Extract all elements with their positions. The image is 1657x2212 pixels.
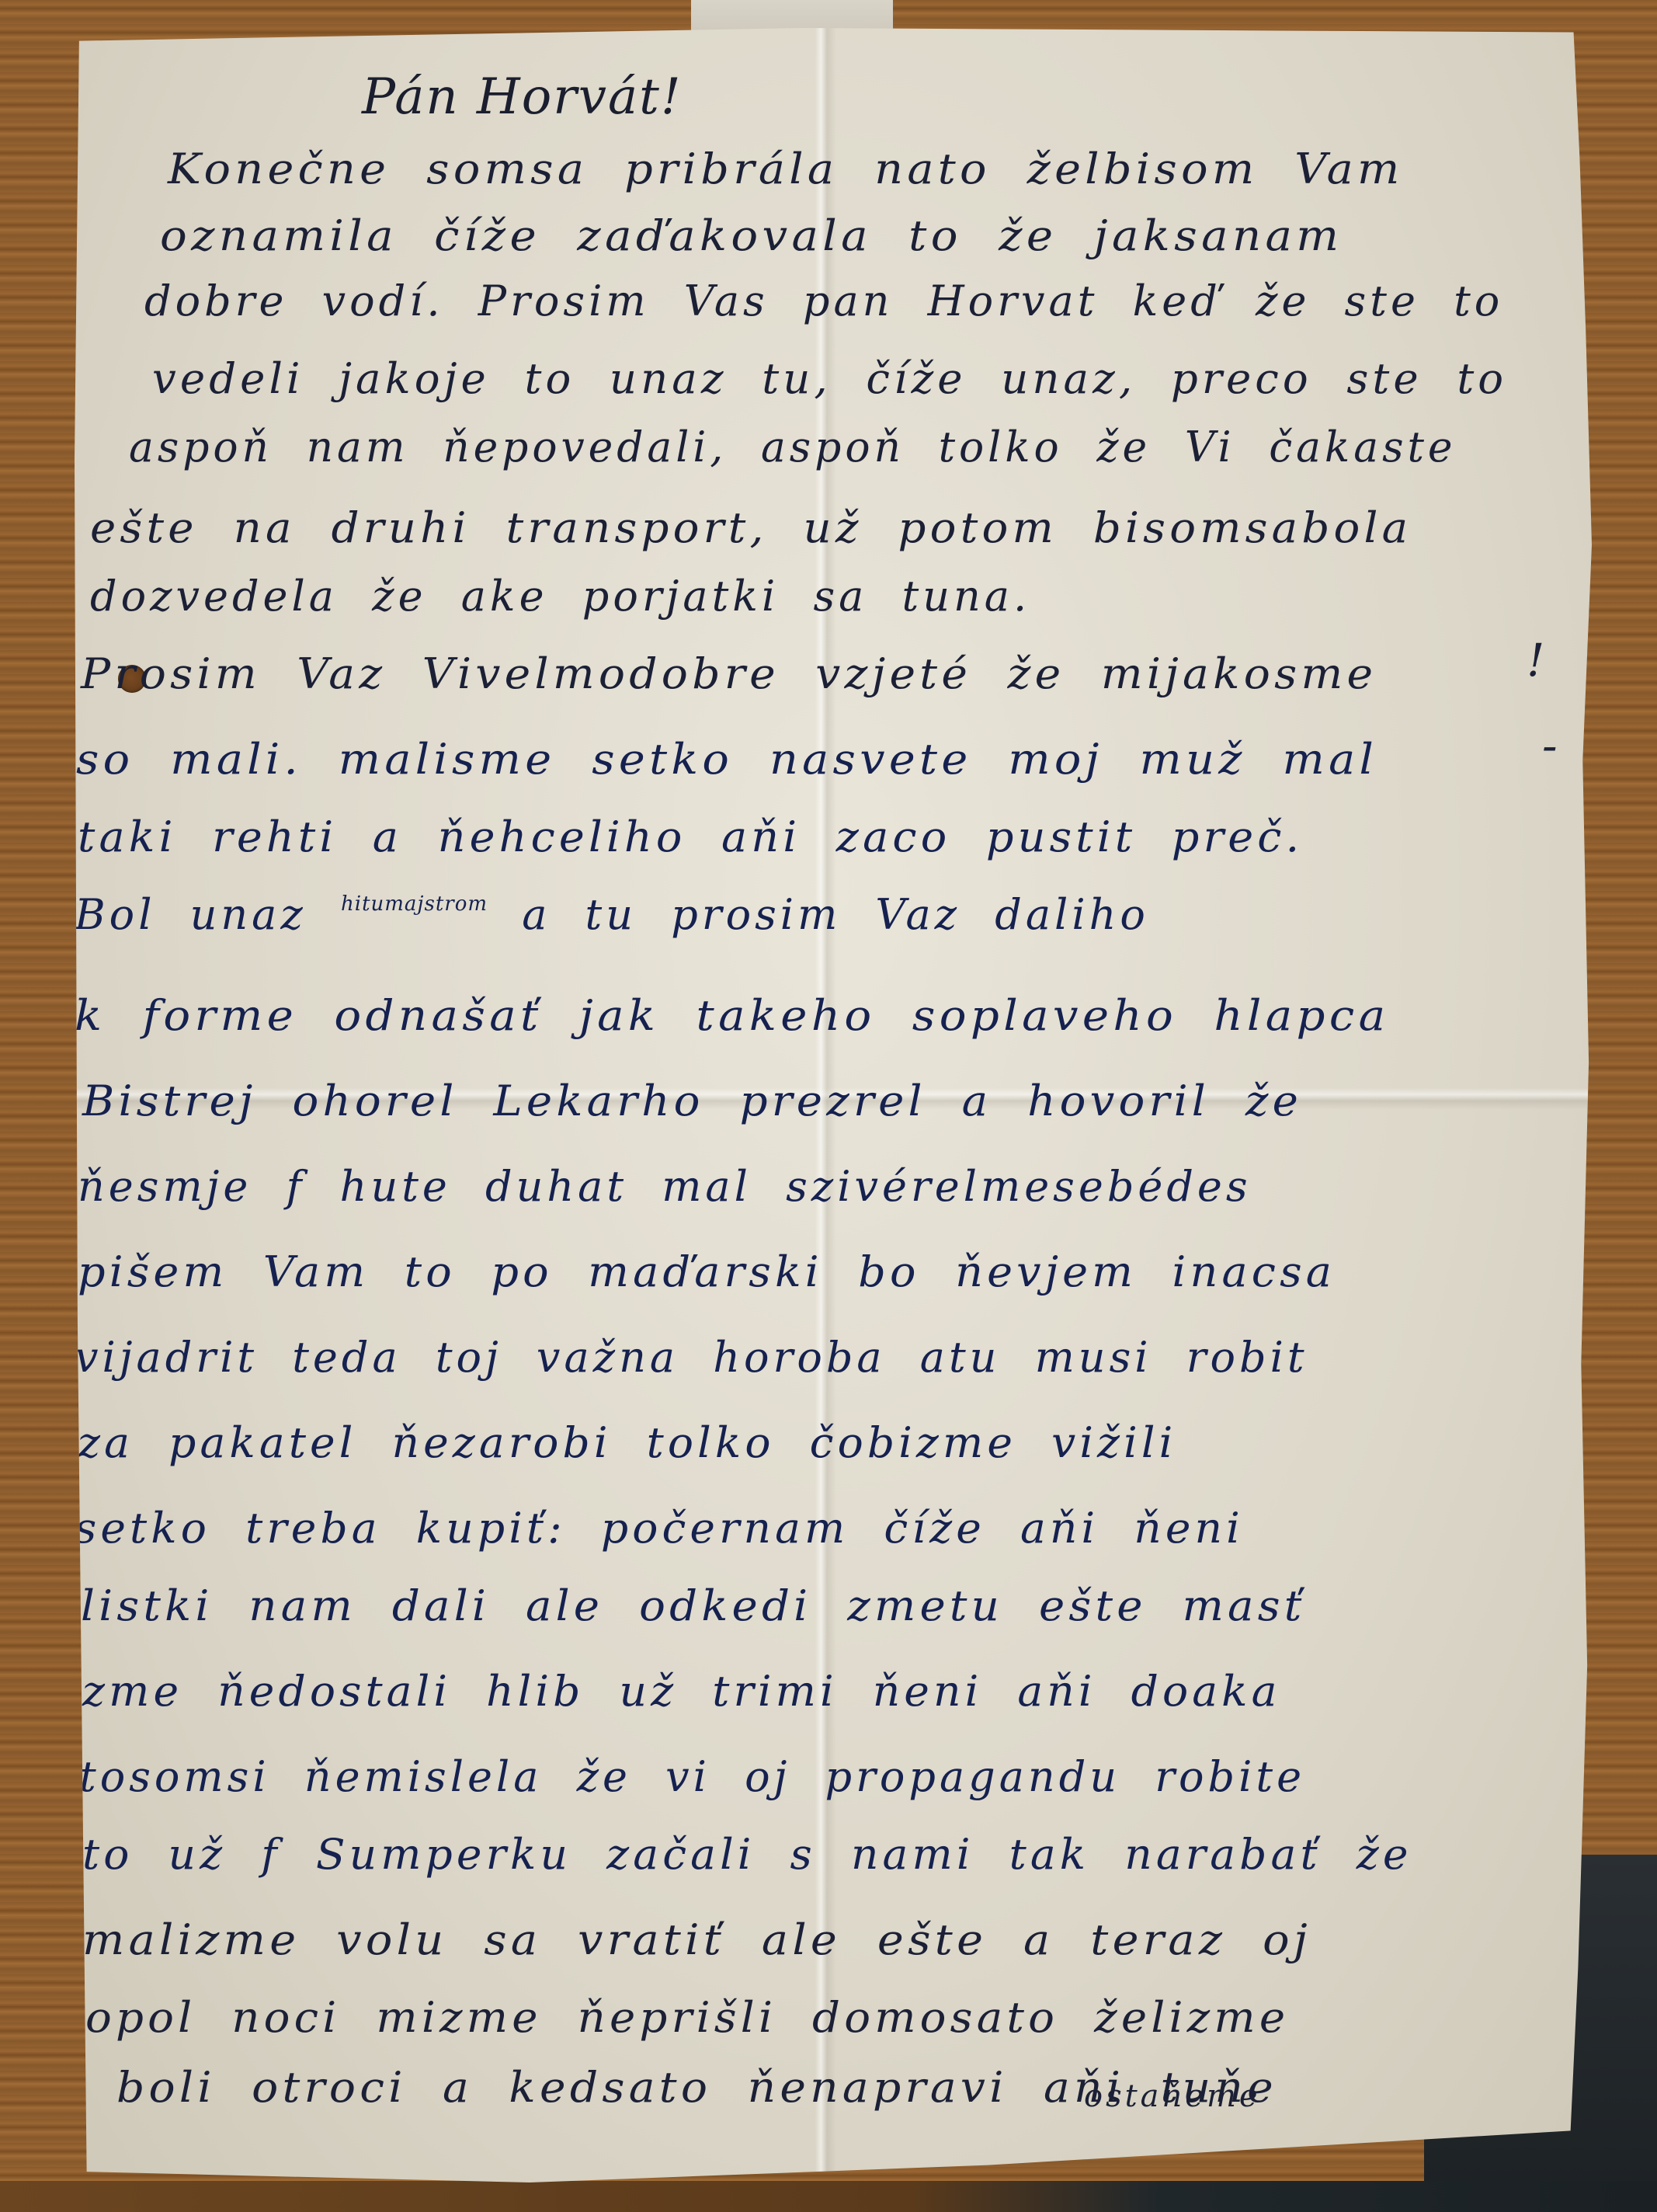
letter-line-21: tosomsi ňemislela že vi oj propagandu ro… <box>79 1752 1305 1801</box>
salutation: Pán Horvát! <box>362 68 683 126</box>
letter-line-4: vedeli jakoje to unaz tu, číže unaz, pre… <box>152 354 1507 403</box>
letter-line-22: to už f Sumperku začali s nami tak narab… <box>82 1830 1412 1879</box>
letter-line-13: Bistrej ohorel Lekarho prezrel a hovoril… <box>82 1076 1302 1125</box>
letter-line-3: dobre vodí. Prosim Vas pan Horvat keď že… <box>144 276 1503 325</box>
letter-line-14: ňesmje f hute duhat mal szivérelmesebéde… <box>78 1162 1252 1211</box>
letter-line-12: k forme odnašať jak takeho soplaveho hla… <box>75 991 1389 1040</box>
letter-line-7: dozvedela že ake porjatki sa tuna. <box>90 572 1030 621</box>
margin-dash: - <box>1542 719 1558 772</box>
table-edge <box>0 2181 1657 2212</box>
letter-line-16: vijadrit teda toj važna horoba atu musi … <box>75 1333 1308 1382</box>
letter-line-19: listki nam dali ale odkedi zmetu ešte ma… <box>81 1581 1306 1630</box>
margin-exclamation: ! <box>1527 634 1544 687</box>
underlying-paper-edge <box>691 0 893 31</box>
footer-word: ostaňeme <box>1084 2078 1261 2114</box>
letter-line-9: so mali. malisme setko nasvete moj muž m… <box>76 735 1377 784</box>
letter-line-11-start: Bol unaz <box>75 890 307 939</box>
letter-line-10: taki rehti a ňehceliho aňi zaco pustit p… <box>78 812 1303 861</box>
letter-line-15: pišem Vam to po maďarski bo ňevjem inacs… <box>78 1247 1336 1296</box>
letter-line-20: zme ňedostali hlib už trimi ňeni aňi doa… <box>82 1667 1281 1716</box>
letter-line-5: aspoň nam ňepovedali, aspoň tolko že Vi … <box>129 423 1456 471</box>
letter-body: Pán Horvát! Konečne somsa pribrála nato … <box>75 28 1592 2182</box>
letter-line-18: setko treba kupiť: počernam číže aňi ňen… <box>75 1504 1244 1553</box>
letter-line-2: oznamila číže zaďakovala to že jaksanam <box>160 211 1343 260</box>
letter-line-23: malizme volu sa vratiť ale ešte a teraz … <box>82 1915 1311 1964</box>
letter-line-6: ešte na druhi transport, už potom bisoms… <box>90 503 1412 552</box>
letter-line-8: Prosim Vaz Vivelmodobre vzjeté že mijako… <box>81 649 1377 698</box>
letter-line-24: opol noci mizme ňeprišli domosato želizm… <box>85 1993 1289 2042</box>
letter-line-11: Bol unaz hitumajstrom a tu prosim Vaz da… <box>75 890 1149 939</box>
letter-line-1: Konečne somsa pribrála nato želbisom Vam <box>168 144 1404 193</box>
interlinear-insertion: hitumajstrom <box>341 892 488 916</box>
letter-line-11-end: a tu prosim Vaz daliho <box>522 890 1149 939</box>
letter-line-17: za pakatel ňezarobi tolko čobizme vižili <box>78 1418 1176 1467</box>
letter-paper: Pán Horvát! Konečne somsa pribrála nato … <box>75 28 1592 2182</box>
